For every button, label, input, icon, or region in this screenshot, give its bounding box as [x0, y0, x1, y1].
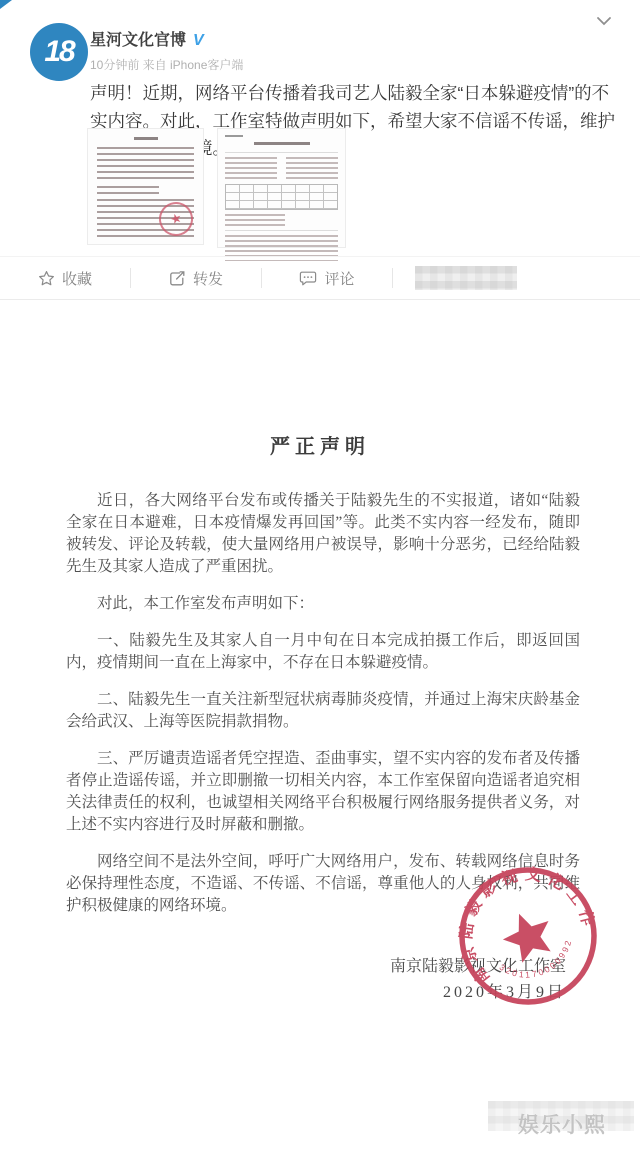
thumbnail-text-lines: [225, 135, 243, 137]
statement-paragraph: 一、陆毅先生及其家人自一月中旬在日本完成拍摄工作后，即返回国内，疫情期间一直在上…: [66, 630, 580, 674]
statement-body: 近日，各大网络平台发布或传播关于陆毅先生的不实报道，诸如“陆毅全家在日本避难，日…: [66, 490, 580, 917]
statement-paragraph: 近日，各大网络平台发布或传播关于陆毅先生的不实报道，诸如“陆毅全家在日本避难，日…: [66, 490, 580, 578]
thumbnail-text-lines: [97, 186, 159, 194]
thumbnail-text-lines: [97, 147, 194, 181]
post-meta: 10分钟前 来自 iPhone客户端: [90, 56, 243, 73]
favorite-label: 收藏: [62, 268, 92, 289]
star-icon: [38, 270, 55, 287]
statement-thumbnail[interactable]: ★: [87, 128, 204, 245]
thumbnail-divider: [225, 152, 338, 153]
statement-paragraph: 对此，本工作室发布声明如下：: [66, 593, 580, 615]
comment-icon: [299, 270, 317, 287]
favorite-button[interactable]: 收藏: [0, 257, 130, 299]
watermark: 娱乐小熙: [488, 1101, 634, 1135]
statement-paragraph: 二、陆毅先生一直关注新型冠状病毒肺炎疫情，并通过上海宋庆龄基金会给武汉、上海等医…: [66, 689, 580, 733]
repost-label: 转发: [193, 268, 223, 289]
comment-button[interactable]: 评论: [262, 257, 392, 299]
attachment-thumbnails: ★: [87, 128, 346, 248]
thumbnail-columns: [225, 157, 338, 181]
repost-button[interactable]: 转发: [131, 257, 261, 299]
statement-document: 严正声明 近日，各大网络平台发布或传播关于陆毅先生的不实报道，诸如“陆毅全家在日…: [0, 300, 640, 1150]
thumbnail-divider: [225, 230, 338, 231]
avatar[interactable]: 18: [30, 23, 88, 81]
username[interactable]: 星河文化官博: [90, 32, 186, 49]
thumbnail-text-lines: [286, 157, 338, 181]
screenshot-corner-artifact: [0, 0, 12, 9]
receipt-thumbnail[interactable]: [217, 128, 346, 248]
thumbnail-text-lines: [225, 214, 285, 226]
chevron-down-icon[interactable]: [596, 16, 612, 26]
company-seal-stamp: 南京陆毅影视文化工作室 3201170000992: [452, 860, 604, 1012]
thumbnail-title-line: [134, 137, 158, 140]
statement-paragraph: 三、严厉谴责造谣者凭空捏造、歪曲事实，望不实内容的发布者及传播者停止造谣传谣，并…: [66, 748, 580, 836]
seal-star-icon: [496, 905, 559, 967]
post-card: 18 星河文化官博V 10分钟前 来自 iPhone客户端 声明！近期，网络平台…: [0, 0, 640, 300]
weibo-post-page: { "post": { "avatar_text": "18", "userna…: [0, 0, 640, 1150]
thumbnail-table: [225, 184, 338, 210]
post-header: 星河文化官博V 10分钟前 来自 iPhone客户端: [90, 27, 243, 73]
watermark-text: 娱乐小熙: [518, 1109, 606, 1139]
action-divider: [392, 268, 393, 288]
thumbnail-text-lines: [225, 157, 277, 181]
verified-badge-icon: V: [193, 32, 204, 49]
censored-action-block: [415, 266, 517, 290]
action-bar: 收藏 转发 评论: [0, 256, 640, 300]
thumbnail-title-line: [254, 142, 310, 145]
avatar-text: 18: [44, 35, 73, 69]
repost-icon: [169, 270, 186, 287]
statement-title: 严正声明: [0, 300, 640, 459]
comment-label: 评论: [324, 268, 354, 289]
